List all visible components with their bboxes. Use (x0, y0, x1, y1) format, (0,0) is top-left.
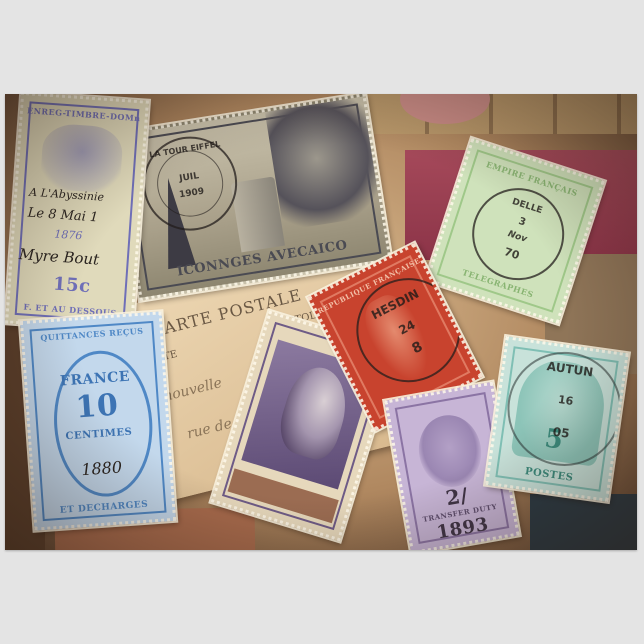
stamp-revenue-15c: ENREG-TIMBRE-DOMn A L'Abyssinie Le 8 Mai… (5, 94, 149, 332)
postcard-handwriting-3: rue de (185, 416, 233, 443)
postmark-text-2: 16 (510, 386, 621, 414)
coat-of-arms-icon (40, 122, 124, 193)
handwriting-line-3: 1876 (54, 227, 83, 242)
handwriting-year: 1880 (81, 457, 123, 479)
stamp-france-10-centimes: QUITTANCES REÇUS FRANCE 10 CENTIMES 1880… (20, 311, 176, 530)
stamp-postes-5c: 5 POSTES AUTUN 16 05 (485, 336, 629, 502)
background-dark-stamp-bottom-right (530, 494, 637, 550)
stamp-collage-print: CARTE POSTALE CARTOLINA KARTE nouvelle A… (5, 94, 637, 550)
postcard-handwriting-1: nouvelle (162, 375, 224, 405)
postmark-text-3: 05 (506, 418, 617, 447)
